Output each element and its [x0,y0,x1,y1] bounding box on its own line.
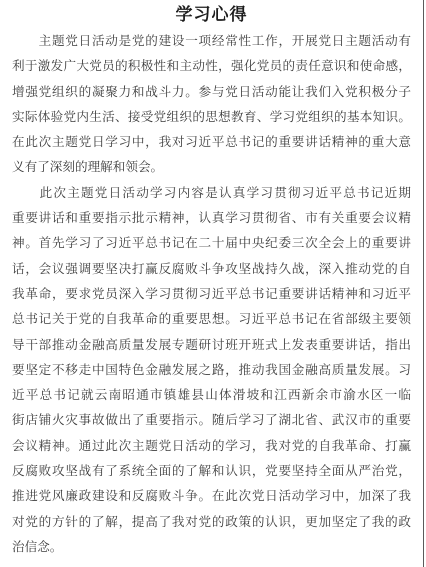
text-line: 义有了深刻的理解和领会。 [12,155,411,180]
text-line: 治信念。 [12,535,411,560]
text-line: 话，会议强调要坚决打赢反腐败斗争攻坚战持久战，深入推动党的自 [12,257,411,282]
text-line: 推进党风廉政建设和反腐败斗争。在此次党日活动学习中，加深了我 [12,484,411,509]
text-line: 神。首先学习了习近平总书记在二十届中央纪委三次全会上的重要讲 [12,231,411,256]
document-body: 主题党日活动是党的建设一项经常性工作，开展党日主题活动有利于激发广大党员的积极性… [12,29,411,560]
document-title: 学习心得 [12,5,411,25]
text-line: 重要讲话和重要指示批示精神，认真学习贯彻省、市有关重要会议精 [12,206,411,231]
text-line: 会议精神。通过此次主题党日活动的学习，我对党的自我革命、打赢 [12,434,411,459]
text-line: 此次主题党日活动学习内容是认真学习贯彻习近平总书记近期 [12,181,411,206]
text-line: 增强党组织的凝聚力和战斗力。参与党日活动能让我们入党积极分子 [12,80,411,105]
text-line: 总书记关于党的自我革命的重要思想。习近平总书记在省部级主要领 [12,307,411,332]
text-line: 反腐败攻坚战有了系统全面的了解和认识，党要坚持全面从严治党， [12,459,411,484]
text-line: 对党的方针的了解，提高了我对党的政策的认识，更加坚定了我的政 [12,510,411,535]
text-line: 实际体验党内生活、接受党组织的思想教育、学习党组织的基本知识。 [12,105,411,130]
text-line: 主题党日活动是党的建设一项经常性工作，开展党日主题活动有 [12,29,411,54]
text-line: 街店铺火灾事故做出了重要指示。随后学习了湖北省、武汉市的重要 [12,408,411,433]
text-line: 近平总书记就云南昭通市镇雄县山体滑坡和江西新余市渝水区一临 [12,383,411,408]
text-line: 利于激发广大党员的积极性和主动性，强化党员的责任意识和使命感， [12,54,411,79]
text-line: 要坚定不移走中国特色金融发展之路，推动我国金融高质量发展。习 [12,358,411,383]
text-line: 在此次主题党日学习中，我对习近平总书记的重要讲话精神的重大意 [12,130,411,155]
document-page: 学习心得 主题党日活动是党的建设一项经常性工作，开展党日主题活动有利于激发广大党… [0,0,426,567]
text-line: 导干部推动金融高质量发展专题研讨班开班式上发表重要讲话，指出 [12,333,411,358]
text-line: 我革命，要求党员深入学习贯彻习近平总书记重要讲话精神和习近平 [12,282,411,307]
page-right-rule [423,0,424,567]
